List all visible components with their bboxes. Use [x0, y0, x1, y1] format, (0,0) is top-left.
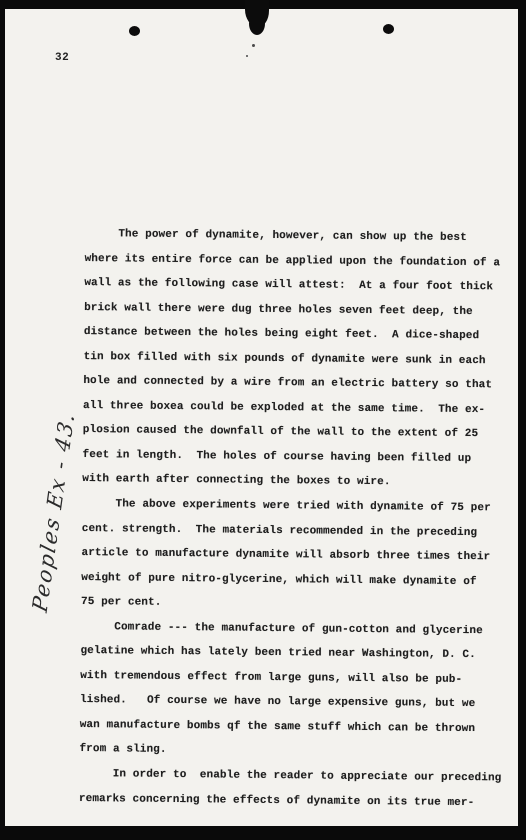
scan-edge-left — [0, 0, 5, 840]
page-number: 32 — [55, 52, 69, 64]
ink-speck-icon — [246, 55, 248, 57]
ink-dot-icon — [129, 26, 140, 36]
scanned-document-page: 32 Peoples Ex - 43. The power of dynamit… — [0, 0, 526, 840]
handwritten-exhibit-note: Peoples Ex - 43. — [28, 409, 79, 615]
typewritten-line: remarks concerning the effects of dynami… — [79, 787, 519, 816]
ink-blot-icon — [245, 0, 269, 27]
ink-dot-icon — [383, 24, 394, 34]
typewritten-text-block: The power of dynamite, however, can show… — [79, 222, 525, 816]
scan-edge-bottom — [0, 826, 526, 840]
ink-speck-icon — [252, 44, 255, 47]
